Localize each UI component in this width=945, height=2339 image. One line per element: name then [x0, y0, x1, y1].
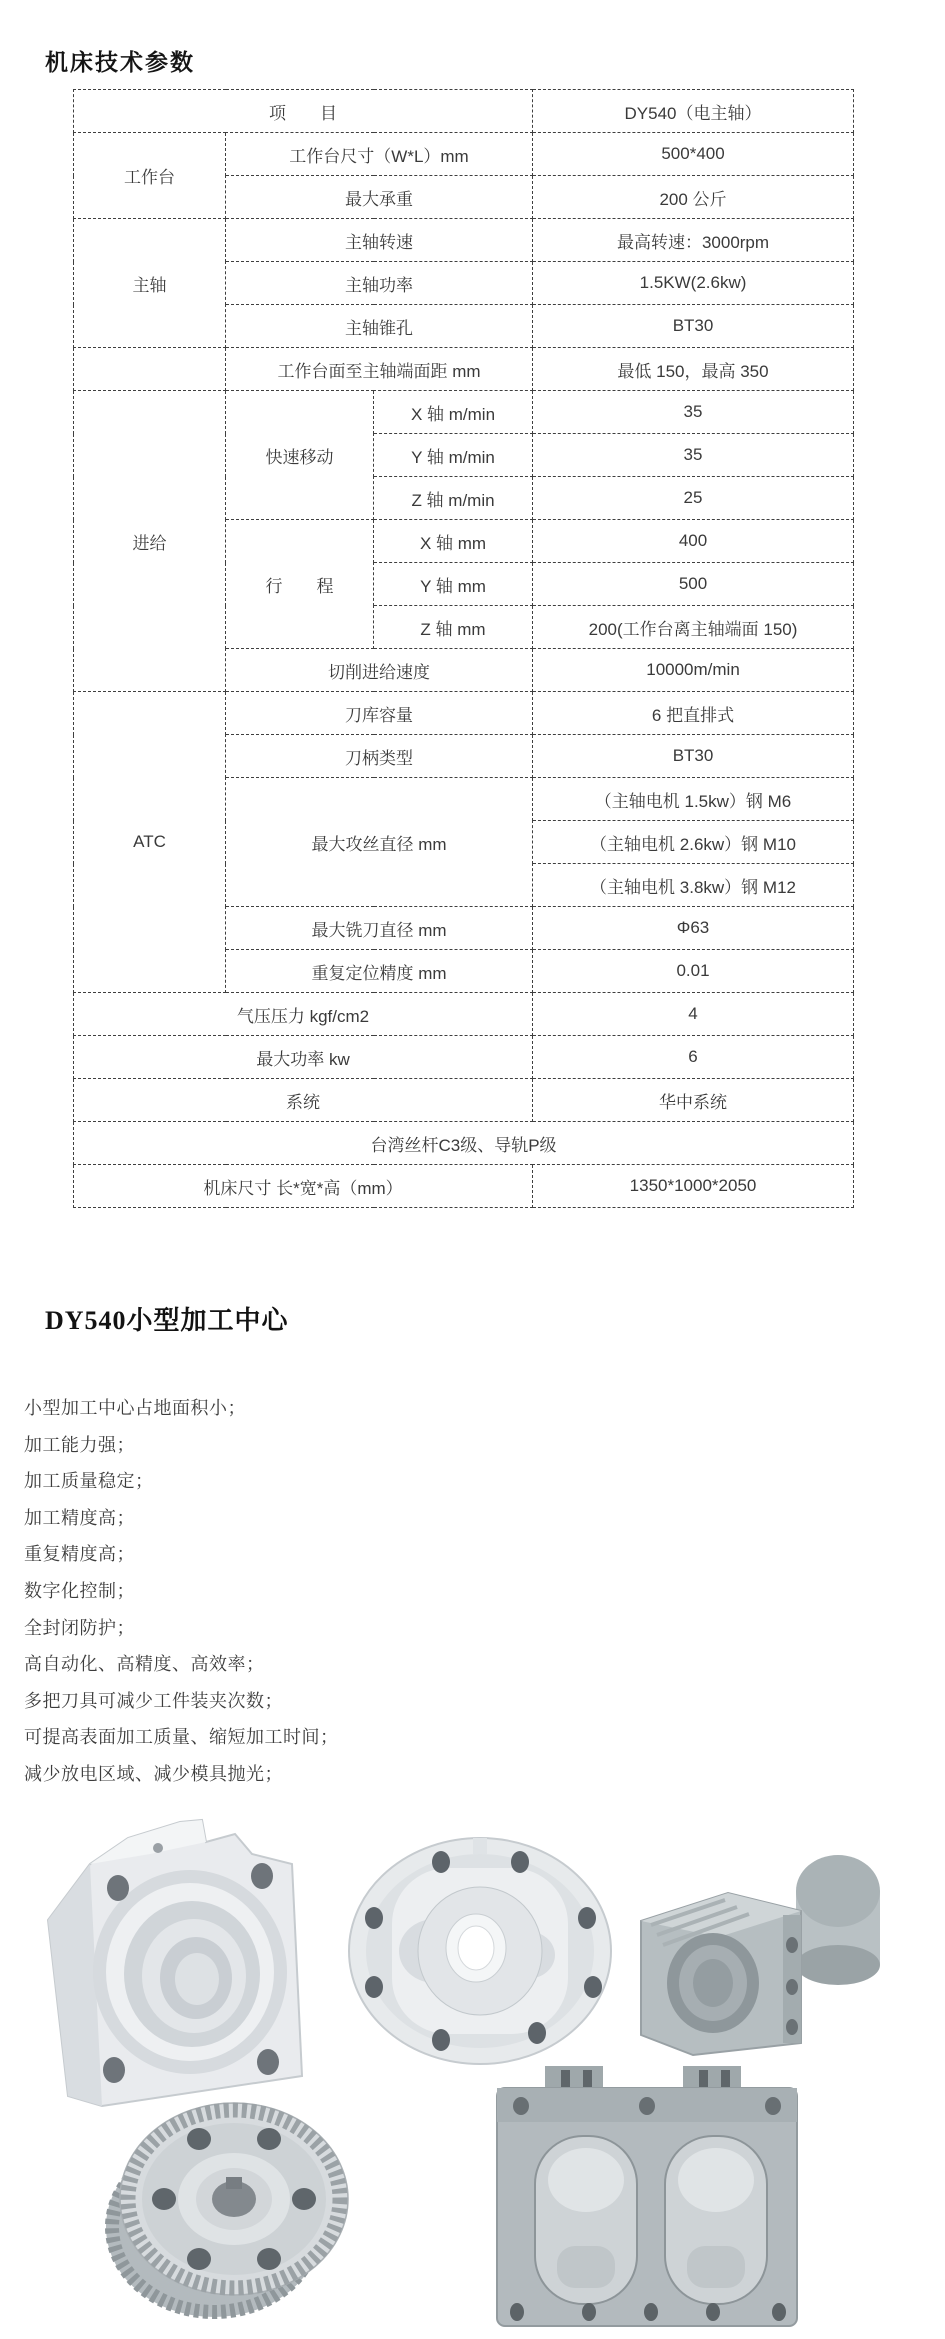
cell-group-worktable: 工作台: [74, 133, 226, 219]
table-row: 工作台 工作台尺寸（W*L）mm 500*400: [74, 133, 854, 176]
feature-item: 重复精度高；: [24, 1536, 339, 1573]
feature-item: 加工精度高；: [24, 1500, 339, 1537]
cell-distance-value: 最低 150，最高 350: [533, 348, 854, 391]
cell-power-label: 最大功率 kw: [74, 1036, 533, 1079]
cell-mill-label: 最大铣刀直径 mm: [226, 907, 533, 950]
mold-block-photo: [487, 2058, 812, 2336]
cell-spindle-taper-value: BT30: [533, 305, 854, 348]
cell-magazine-value: 6 把直排式: [533, 692, 854, 735]
table-row: 气压压力 kgf/cm2 4: [74, 993, 854, 1036]
cell-spindle-taper-label: 主轴锥孔: [226, 305, 533, 348]
cell-cutting-value: 10000m/min: [533, 649, 854, 692]
table-row: 主轴 主轴转速 最高转速：3000rpm: [74, 219, 854, 262]
cell-worktable-size-label: 工作台尺寸（W*L）mm: [226, 133, 533, 176]
cell-size-label: 机床尺寸 长*宽*高（mm）: [74, 1165, 533, 1208]
feature-item: 高自动化、高精度、高效率；: [24, 1646, 339, 1683]
spec-table: 项 目 DY540（电主轴） 工作台 工作台尺寸（W*L）mm 500*400 …: [73, 89, 854, 1208]
cell-group-spindle: 主轴: [74, 219, 226, 348]
product-photo-collage: [0, 1815, 945, 2339]
table-row: 机床尺寸 长*宽*高（mm） 1350*1000*2050: [74, 1165, 854, 1208]
cell-travel-z-label: Z 轴 mm: [374, 606, 533, 649]
cell-size-value: 1350*1000*2050: [533, 1165, 854, 1208]
cell-mill-value: Φ63: [533, 907, 854, 950]
cell-repeat-label: 重复定位精度 mm: [226, 950, 533, 993]
table-row: ATC 刀库容量 6 把直排式: [74, 692, 854, 735]
cell-air-label: 气压压力 kgf/cm2: [74, 993, 533, 1036]
cell-tapping-label: 最大攻丝直径 mm: [226, 778, 533, 907]
cell-rapid-y-value: 35: [533, 434, 854, 477]
gear-photo: [88, 2093, 360, 2335]
spec-sheet-page: 机床技术参数 项 目 DY540（电主轴） 工作台 工作台尺寸（W*L）mm 5…: [0, 0, 945, 2339]
cell-cutting-label: 切削进给速度: [226, 649, 533, 692]
cell-travel-label: 行 程: [226, 520, 374, 649]
cell-distance-label: 工作台面至主轴端面距 mm: [226, 348, 533, 391]
cell-holder-label: 刀柄类型: [226, 735, 533, 778]
table-row: 系统 华中系统: [74, 1079, 854, 1122]
cell-worktable-load-value: 200 公斤: [533, 176, 854, 219]
cell-header-model: DY540（电主轴）: [533, 90, 854, 133]
cell-rapid-label: 快速移动: [226, 391, 374, 520]
cell-holder-value: BT30: [533, 735, 854, 778]
cell-header-item: 项 目: [74, 90, 533, 133]
cell-travel-y-label: Y 轴 mm: [374, 563, 533, 606]
cell-air-value: 4: [533, 993, 854, 1036]
flange-housing-photo: [345, 1835, 615, 2067]
cell-magazine-label: 刀库容量: [226, 692, 533, 735]
cell-note: 台湾丝杆C3级、导轨P级: [74, 1122, 854, 1165]
table-row: 项 目 DY540（电主轴）: [74, 90, 854, 133]
feature-item: 小型加工中心占地面积小；: [24, 1390, 339, 1427]
feature-item: 全封闭防护；: [24, 1610, 339, 1647]
cell-tapping-value-2: （主轴电机 2.6kw）钢 M10: [533, 821, 854, 864]
feature-item: 可提高表面加工质量、缩短加工时间；: [24, 1719, 339, 1756]
table-row: 进给 快速移动 X 轴 m/min 35: [74, 391, 854, 434]
cell-group-atc: ATC: [74, 692, 226, 993]
cell-worktable-size-value: 500*400: [533, 133, 854, 176]
cell-rapid-y-label: Y 轴 m/min: [374, 434, 533, 477]
table-row: 工作台面至主轴端面距 mm 最低 150，最高 350: [74, 348, 854, 391]
feature-item: 加工能力强；: [24, 1427, 339, 1464]
cell-empty-group: [74, 348, 226, 391]
page-title: 机床技术参数: [45, 44, 195, 77]
cell-spindle-power-label: 主轴功率: [226, 262, 533, 305]
cell-travel-x-label: X 轴 mm: [374, 520, 533, 563]
cell-worktable-load-label: 最大承重: [226, 176, 533, 219]
section-heading: DY540小型加工中心: [45, 1300, 289, 1337]
cell-spindle-power-value: 1.5KW(2.6kw): [533, 262, 854, 305]
cell-spindle-speed-value: 最高转速：3000rpm: [533, 219, 854, 262]
machined-block-with-bore-photo: [30, 1818, 322, 2113]
cell-rapid-x-label: X 轴 m/min: [374, 391, 533, 434]
cell-travel-x-value: 400: [533, 520, 854, 563]
cell-repeat-value: 0.01: [533, 950, 854, 993]
cell-system-label: 系统: [74, 1079, 533, 1122]
cell-rapid-z-label: Z 轴 m/min: [374, 477, 533, 520]
cell-rapid-z-value: 25: [533, 477, 854, 520]
cell-power-value: 6: [533, 1036, 854, 1079]
feature-list: 小型加工中心占地面积小； 加工能力强； 加工质量稳定； 加工精度高； 重复精度高…: [24, 1390, 339, 1793]
cylindrical-housing-photo: [633, 1843, 893, 2063]
cell-tapping-value-1: （主轴电机 1.5kw）钢 M6: [533, 778, 854, 821]
table-row: 台湾丝杆C3级、导轨P级: [74, 1122, 854, 1165]
cell-group-feed: 进给: [74, 391, 226, 692]
feature-item: 多把刀具可减少工件装夹次数；: [24, 1683, 339, 1720]
feature-item: 加工质量稳定；: [24, 1463, 339, 1500]
cell-spindle-speed-label: 主轴转速: [226, 219, 533, 262]
cell-rapid-x-value: 35: [533, 391, 854, 434]
cell-tapping-value-3: （主轴电机 3.8kw）钢 M12: [533, 864, 854, 907]
feature-item: 减少放电区域、减少模具抛光；: [24, 1756, 339, 1793]
cell-system-value: 华中系统: [533, 1079, 854, 1122]
feature-item: 数字化控制；: [24, 1573, 339, 1610]
cell-travel-z-value: 200(工作台离主轴端面 150): [533, 606, 854, 649]
table-row: 最大功率 kw 6: [74, 1036, 854, 1079]
cell-travel-y-value: 500: [533, 563, 854, 606]
